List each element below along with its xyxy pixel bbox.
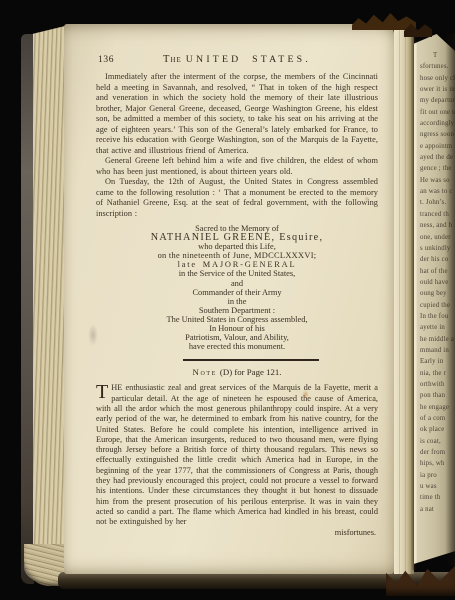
inscription-line: who departed this Life, (96, 242, 378, 251)
monument-inscription: Sacred to the Memory ofNATHANIEL GREENE,… (96, 224, 378, 351)
inscription-line: on the nineteenth of June, MDCCLXXXVI; (96, 251, 378, 260)
book-cover-edge (21, 34, 34, 584)
page-number: 136 (98, 55, 114, 65)
note-body-text: HE enthusiastic zeal and great services … (96, 383, 378, 526)
running-title-rest: UNITED STATES. (186, 54, 311, 65)
inscription-line: NATHANIEL GREENE, Esquire, (96, 233, 378, 242)
drop-cap: T (96, 383, 111, 401)
running-title: TheUNITED STATES. (96, 54, 378, 65)
section-divider-rule (183, 359, 319, 361)
note-heading: Note(D) for Page 121. (96, 367, 378, 377)
page-stack-edge (33, 26, 65, 584)
page-header: 136 TheUNITED STATES. (96, 54, 378, 67)
torn-leather-top (352, 13, 416, 30)
paragraph-congress-resolution: On Tuesday, the 12th of August, the Unit… (96, 177, 378, 219)
inscription-line: The United States in Congress assembled, (96, 315, 378, 324)
inscription-line: late MAJOR-GENERAL (96, 260, 378, 269)
inscription-line: in the (96, 297, 378, 306)
note-heading-rest: (D) for Page 121. (220, 367, 282, 377)
inscription-line: have erected this monument. (96, 342, 378, 351)
running-title-the: The (163, 54, 182, 65)
paragraph-cincinnati-resolution: Immediately after the interment of the c… (96, 72, 378, 156)
inscription-line: In Honour of his (96, 324, 378, 333)
spine-shadow (445, 34, 455, 566)
inscription-line: Patriotism, Valour, and Ability, (96, 333, 378, 342)
catchword: misfortunes. (96, 528, 378, 537)
paragraph-greene-family: General Greene left behind him a wife an… (96, 156, 378, 177)
book-page: 136 TheUNITED STATES. Immediately after … (64, 24, 394, 574)
note-paragraph: THE enthusiastic zeal and great services… (96, 383, 378, 527)
inscription-line: in the Service of the United States, (96, 269, 378, 278)
inscription-line: Southern Department : (96, 306, 378, 315)
note-heading-word: Note (193, 367, 217, 377)
inscription-line: and (96, 279, 378, 288)
inscription-line: Commander of their Army (96, 288, 378, 297)
